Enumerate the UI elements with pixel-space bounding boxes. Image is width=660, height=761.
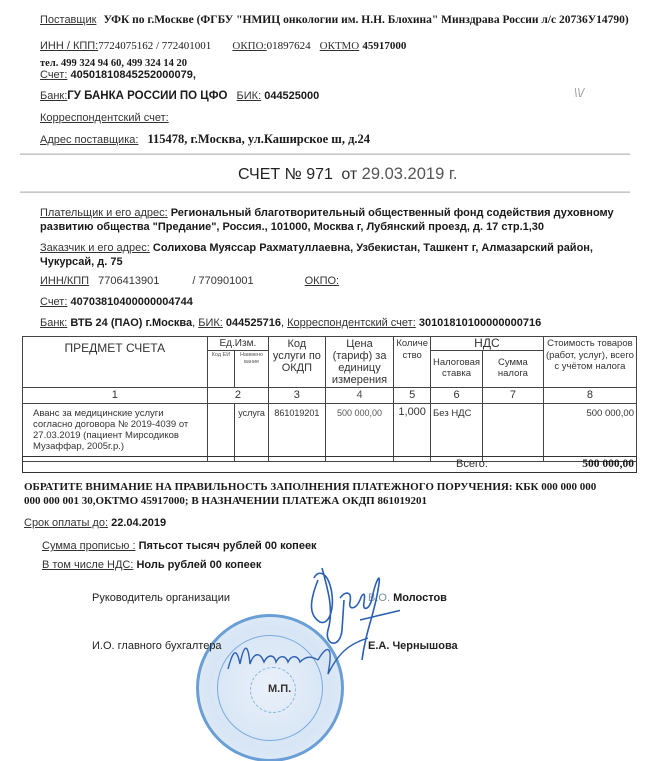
- customer-bank-line: Банк: ВТБ 24 (ПАО) г.Москва, БИК: 044525…: [40, 317, 541, 329]
- supplier-address-line: Адрес поставщика: 115478, г.Москва, ул.К…: [40, 132, 370, 147]
- due-date-line: Срок оплаты до: 22.04.2019: [24, 517, 166, 529]
- sum-words-value: Пятьсот тысяч рублей 00 копеек: [139, 540, 317, 552]
- table-row: Аванс за медицинские услуги согласно дог…: [23, 404, 637, 462]
- invoice-number: СЧЕТ № 971: [238, 166, 333, 183]
- divider-title: [20, 191, 630, 193]
- column-numbers-row: 1 2 3 4 5 6 7 8: [23, 388, 637, 404]
- customer-account-value: 40703810400000004744: [70, 296, 192, 308]
- customer-bank-label: Банк:: [40, 317, 67, 329]
- cell-qty: 1,000: [394, 404, 431, 462]
- vat-words-line: В том числе НДС: Ноль рублей 00 копеек: [42, 559, 261, 571]
- col-num: 1: [23, 388, 208, 404]
- customer-okpo-label: ОКПО:: [305, 275, 339, 287]
- header-unit-code: Код ЕИ: [207, 351, 234, 388]
- supplier-corr-line: Корреспондентский счет:: [40, 112, 169, 124]
- header-vat-rate: Налоговая ставка: [431, 351, 483, 388]
- header-okdp: Код услуги по ОКДП: [269, 337, 326, 388]
- header-total: Стоимость товаров (работ, услуг), всего …: [543, 337, 636, 388]
- header-unit-name: Наимено вание: [235, 351, 269, 388]
- invoice-title: СЧЕТ № 971 от 29.03.2019 г.: [238, 165, 457, 184]
- invoice-from: от: [341, 166, 357, 183]
- cell-total: 500 000,00: [543, 404, 636, 462]
- supplier-line: Поставщик УФК по г.Москве (ФГБУ "НМИЦ он…: [40, 14, 629, 26]
- cell-vat-rate: Без НДС: [431, 404, 483, 462]
- accountant-signature-icon: [218, 634, 368, 684]
- due-date-value: 22.04.2019: [111, 517, 166, 529]
- customer-text-1: Солихова Муяссар Рахматуллаевна, Узбекис…: [153, 242, 593, 254]
- cell-unit-code: [207, 404, 234, 462]
- customer-inn-line: ИНН/КПП 7706413901 / 770901001 ОКПО:: [40, 275, 339, 287]
- supplier-corr-label: Корреспондентский счет:: [40, 112, 169, 124]
- supplier-bank-label: Банк:: [40, 90, 67, 102]
- supplier-phone: тел. 499 324 94 60, 499 324 14 20: [40, 58, 187, 69]
- payment-notice-line2: 000 000 001 30,ОКТМО 45917000; В НАЗНАЧЕ…: [24, 495, 427, 507]
- customer-label: Заказчик и его адрес:: [40, 242, 150, 254]
- col-num: 5: [394, 388, 431, 404]
- payer-line1: Плательщик и его адрес: Региональный бла…: [40, 207, 614, 219]
- customer-line1: Заказчик и его адрес: Солихова Муяссар Р…: [40, 242, 593, 254]
- supplier-bik-label: БИК:: [237, 90, 262, 102]
- payer-text-1: Региональный благотворительный обществен…: [171, 207, 614, 219]
- cell-unit-name: услуга: [235, 404, 269, 462]
- payer-label: Плательщик и его адрес:: [40, 207, 168, 219]
- supplier-inn-line: ИНН / КПП:7724075162 / 772401001 ОКПО:01…: [40, 40, 406, 52]
- customer-account-line: Счет: 40703810400000004744: [40, 296, 193, 308]
- cell-subject: Аванс за медицинские услуги согласно дог…: [23, 404, 208, 462]
- cell-price: 500 000,00: [325, 404, 394, 462]
- head-surname: Молостов: [393, 592, 447, 604]
- supplier-name: УФК по г.Москве (ФГБУ "НМИЦ онкологии им…: [103, 14, 628, 26]
- header-unit: Ед.Изм.: [207, 337, 268, 351]
- supplier-address-label: Адрес поставщика:: [40, 134, 138, 146]
- vat-words-label: В том числе НДС:: [42, 559, 133, 571]
- header-price: Цена (тариф) за единицу измерения: [325, 337, 394, 388]
- customer-corr-label: Корреспондентский счет:: [287, 317, 416, 329]
- invoice-items-table: ПРЕДМЕТ СЧЕТА Ед.Изм. Код услуги по ОКДП…: [22, 336, 637, 462]
- supplier-bik-value: 044525000: [264, 90, 319, 102]
- col-num: 2: [207, 388, 268, 404]
- header-subject: ПРЕДМЕТ СЧЕТА: [23, 337, 208, 388]
- customer-inn-value: 7706413901: [98, 275, 159, 287]
- sum-words-label: Сумма прописью :: [42, 540, 136, 552]
- supplier-oktmo-value: 45917000: [362, 40, 406, 52]
- supplier-bank-value: ГУ БАНКА РОССИИ ПО ЦФО: [67, 90, 227, 102]
- accountant-label: И.О. главного бухгалтера: [92, 640, 222, 652]
- supplier-inn-kpp-value: 7724075162 / 772401001: [98, 40, 211, 52]
- supplier-okpo-value: 01897624: [267, 40, 311, 52]
- customer-bank-value: ВТБ 24 (ПАО) г.Москва: [70, 317, 192, 329]
- supplier-bank-line: Банк:ГУ БАНКА РОССИИ ПО ЦФО БИК: 0445250…: [40, 90, 319, 102]
- supplier-label: Поставщик: [40, 14, 96, 26]
- header-vat-sum: Сумма налога: [483, 351, 544, 388]
- divider-top: [20, 153, 630, 155]
- cell-okdp: 861019201: [269, 404, 326, 462]
- col-num: 3: [269, 388, 326, 404]
- vat-words-value: Ноль рублей 00 копеек: [136, 559, 261, 571]
- supplier-account-label: Счет:: [40, 69, 67, 81]
- customer-kpp-value: / 770901001: [192, 275, 253, 287]
- col-num: 4: [325, 388, 394, 404]
- head-signatory-label: Руководитель организации: [92, 592, 230, 604]
- due-date-label: Срок оплаты до:: [24, 517, 108, 529]
- payment-notice-line1: ОБРАТИТЕ ВНИМАНИЕ НА ПРАВИЛЬНОСТЬ ЗАПОЛН…: [24, 481, 596, 493]
- stamp-place-label: М.П.: [268, 683, 291, 695]
- supplier-inn-kpp-label: ИНН / КПП:: [40, 40, 98, 52]
- supplier-account-line: Счет: 40501810845252000079,: [40, 69, 196, 81]
- payer-text-2: развитию общества "Предание", Россия., 1…: [40, 221, 544, 233]
- customer-text-2: Чукурсай, д. 75: [40, 256, 123, 268]
- customer-inn-kpp-label: ИНН/КПП: [40, 275, 89, 287]
- customer-account-label: Счет:: [40, 296, 67, 308]
- handwritten-check-mark: \\/: [574, 86, 584, 100]
- total-value: 500 000,00: [582, 458, 634, 470]
- supplier-account-value: 40501810845252000079,: [70, 69, 195, 81]
- supplier-address-value: 115478, г.Москва, ул.Каширское ш, д.24: [147, 132, 370, 146]
- cell-vat-sum: [483, 404, 544, 462]
- col-num: 7: [483, 388, 544, 404]
- col-num: 8: [543, 388, 636, 404]
- header-vat: НДС: [431, 337, 544, 351]
- supplier-okpo-label: ОКПО:: [232, 40, 266, 52]
- supplier-oktmo-label: ОКТМО: [320, 40, 360, 52]
- customer-bik-label: БИК:: [198, 317, 223, 329]
- customer-corr-value: 30101810100000000716: [419, 317, 541, 329]
- total-row: Всего: 500 000,00: [22, 456, 637, 473]
- col-num: 6: [431, 388, 483, 404]
- total-label: Всего:: [456, 458, 488, 470]
- customer-bik-value: 044525716: [226, 317, 281, 329]
- header-qty: Количе ство: [394, 337, 431, 388]
- sum-words-line: Сумма прописью : Пятьсот тысяч рублей 00…: [42, 540, 317, 552]
- invoice-date: 29.03.2019 г.: [362, 165, 458, 183]
